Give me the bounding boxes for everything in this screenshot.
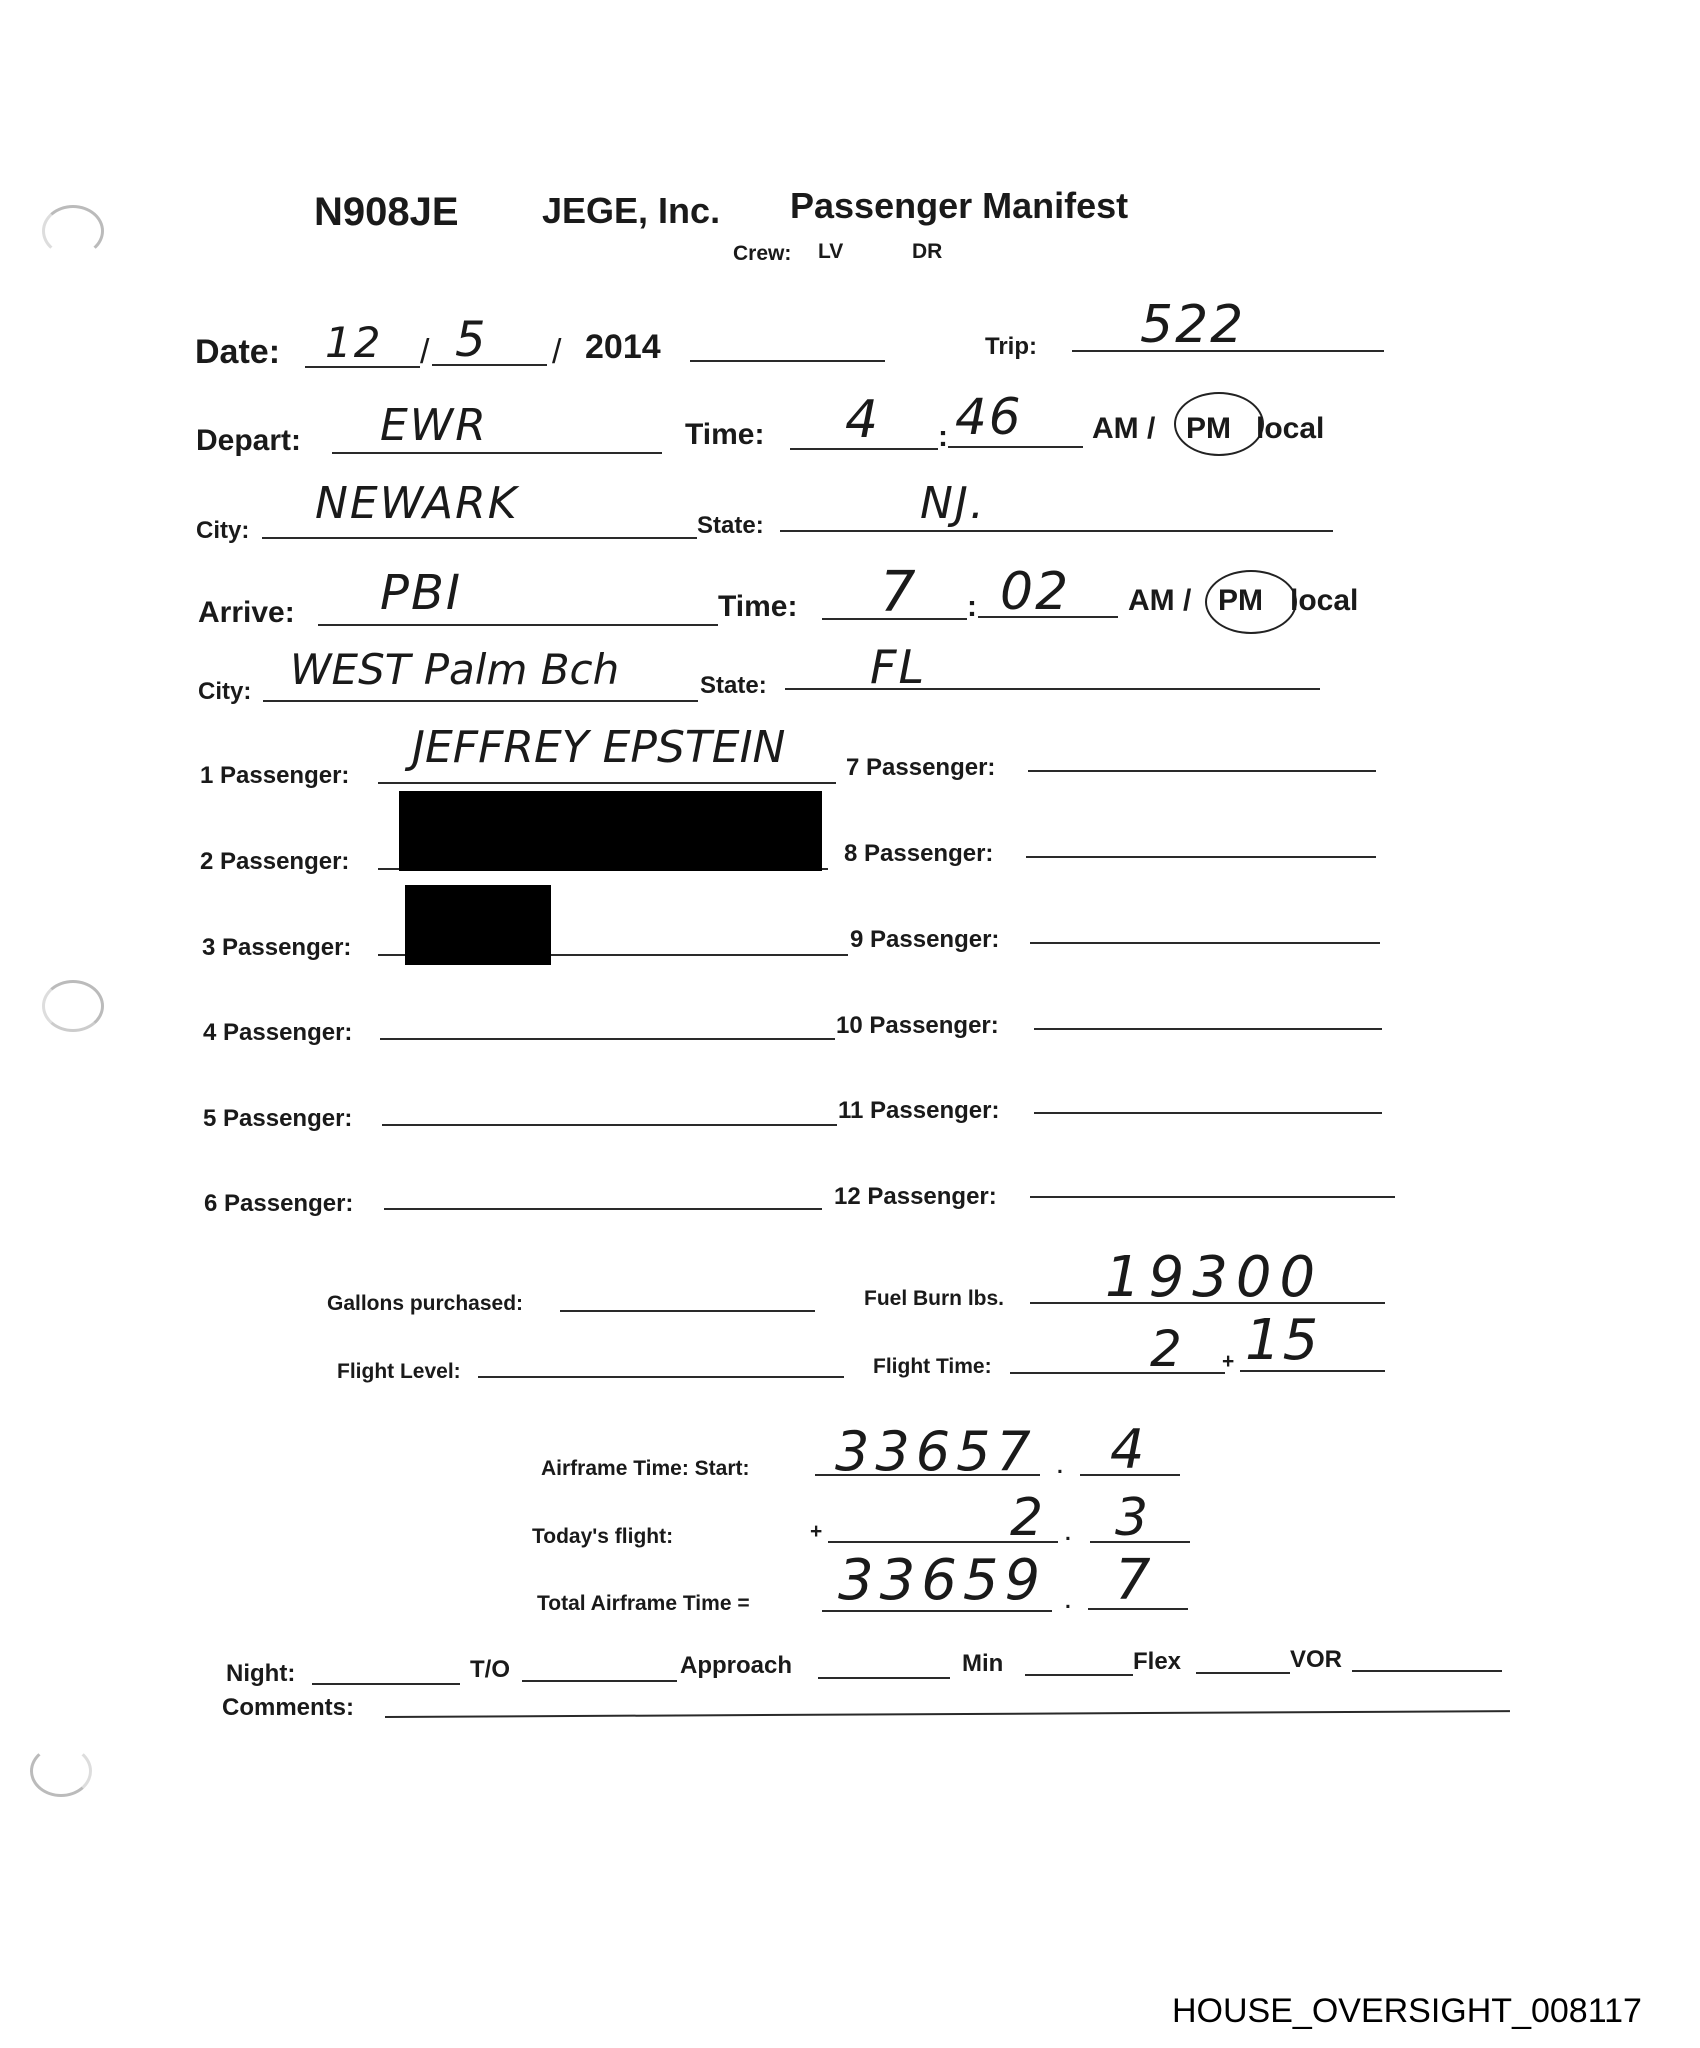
- depart-city-label: City:: [196, 517, 249, 545]
- passenger-8-line: [1026, 856, 1376, 858]
- comments-line: [385, 1710, 1510, 1718]
- depart-time-label: Time:: [685, 418, 764, 452]
- depart-am: AM /: [1092, 412, 1155, 446]
- passenger-10-label: 10 Passenger:: [836, 1012, 999, 1040]
- passenger-1-label: 1 Passenger:: [200, 762, 349, 790]
- date-year: 2014: [585, 328, 661, 367]
- airframe-start-whole[interactable]: 33657: [835, 1420, 1037, 1483]
- fuel-burn-label: Fuel Burn lbs.: [864, 1287, 1004, 1311]
- depart-city-line: [262, 537, 697, 539]
- arrive-state-line: [785, 688, 1320, 690]
- airframe-start-label: Airframe Time: Start:: [541, 1457, 750, 1481]
- depart-value[interactable]: EWR: [380, 400, 488, 451]
- arrive-hour[interactable]: 7: [880, 560, 918, 625]
- flight-time-minutes[interactable]: 15: [1245, 1308, 1320, 1373]
- arrive-city[interactable]: WEST Palm Bch: [290, 645, 619, 694]
- arrive-pm-circle: [1205, 570, 1297, 634]
- hole-punch-bottom: [30, 1745, 92, 1797]
- date-month-value[interactable]: 12: [325, 318, 382, 367]
- passenger-1-value[interactable]: JEFFREY EPSTEIN: [412, 722, 785, 773]
- flight-time-hours-line: [1010, 1372, 1225, 1374]
- vor-label: VOR: [1290, 1646, 1342, 1674]
- tail-number: N908JE: [314, 190, 459, 235]
- date-label: Date:: [195, 333, 280, 372]
- airframe-start-dot: .: [1057, 1455, 1063, 1479]
- airframe-start-decimal[interactable]: 4: [1110, 1418, 1146, 1481]
- arrive-time-colon: :: [967, 590, 977, 624]
- arrive-am: AM /: [1128, 584, 1191, 618]
- passenger-9-label: 9 Passenger:: [850, 926, 999, 954]
- passenger-12-label: 12 Passenger:: [834, 1183, 997, 1211]
- trip-value[interactable]: 522: [1140, 295, 1245, 355]
- passenger-4-label: 4 Passenger:: [203, 1019, 352, 1047]
- total-airframe-decimal[interactable]: 7: [1115, 1548, 1153, 1613]
- arrive-time-label: Time:: [718, 590, 797, 624]
- depart-time-colon: :: [938, 420, 948, 454]
- passenger-6-label: 6 Passenger:: [204, 1190, 353, 1218]
- passenger-12-line: [1030, 1196, 1395, 1198]
- total-airframe-whole[interactable]: 33659: [838, 1548, 1046, 1613]
- passenger-3-label: 3 Passenger:: [202, 934, 351, 962]
- flex-line: [1196, 1672, 1290, 1674]
- today-flight-decimal[interactable]: 3: [1115, 1488, 1150, 1548]
- approach-line: [818, 1677, 950, 1679]
- passenger-6-line: [384, 1208, 822, 1210]
- min-line: [1025, 1674, 1133, 1676]
- fuel-burn-value[interactable]: 19300: [1105, 1245, 1323, 1310]
- depart-local: local: [1256, 412, 1324, 446]
- night-line: [312, 1683, 460, 1685]
- takeoff-line: [522, 1680, 677, 1682]
- passenger-5-label: 5 Passenger:: [203, 1105, 352, 1133]
- depart-line: [332, 452, 662, 454]
- depart-state-line: [780, 530, 1333, 532]
- flex-label: Flex: [1133, 1648, 1181, 1676]
- passenger-5-line: [382, 1124, 837, 1126]
- depart-hour[interactable]: 4: [845, 390, 880, 450]
- date-sep-2: /: [552, 333, 561, 372]
- passenger-2-redaction: [399, 791, 822, 871]
- flight-level-label: Flight Level:: [337, 1360, 461, 1384]
- passenger-11-line: [1034, 1112, 1382, 1114]
- date-year-line: [690, 360, 885, 362]
- hole-punch-top: [42, 205, 104, 257]
- today-flight-plus: +: [810, 1520, 822, 1544]
- flight-time-hours[interactable]: 2: [1150, 1320, 1184, 1378]
- today-flight-label: Today's flight:: [532, 1525, 673, 1549]
- arrive-minute[interactable]: 02: [1000, 562, 1070, 622]
- passenger-1-line: [378, 782, 836, 784]
- arrive-line: [318, 624, 718, 626]
- approach-label: Approach: [680, 1652, 792, 1680]
- arrive-city-label: City:: [198, 678, 251, 706]
- gallons-label: Gallons purchased:: [327, 1292, 523, 1316]
- depart-label: Depart:: [196, 424, 301, 458]
- passenger-7-label: 7 Passenger:: [846, 754, 995, 782]
- company-name: JEGE, Inc.: [542, 190, 720, 232]
- trip-label: Trip:: [985, 333, 1037, 361]
- depart-pm-circle: [1174, 392, 1264, 456]
- arrive-state-label: State:: [700, 672, 767, 700]
- arrive-local: local: [1290, 584, 1358, 618]
- passenger-11-label: 11 Passenger:: [838, 1097, 999, 1125]
- passenger-10-line: [1034, 1028, 1382, 1030]
- hole-punch-middle: [42, 980, 104, 1032]
- crew-member-1: LV: [818, 240, 843, 264]
- flight-time-label: Flight Time:: [873, 1355, 992, 1379]
- comments-label: Comments:: [222, 1694, 354, 1722]
- date-day-line: [432, 364, 547, 366]
- takeoff-label: T/O: [470, 1656, 510, 1684]
- crew-label: Crew:: [733, 242, 791, 266]
- depart-minute[interactable]: 46: [955, 388, 1023, 446]
- depart-minute-line: [948, 446, 1083, 448]
- bates-number: HOUSE_OVERSIGHT_008117: [1172, 1992, 1642, 2031]
- depart-city[interactable]: NEWARK: [315, 478, 519, 529]
- passenger-7-line: [1028, 770, 1376, 772]
- date-day-value[interactable]: 5: [455, 312, 488, 368]
- form-title: Passenger Manifest: [790, 185, 1128, 227]
- today-flight-whole[interactable]: 2: [1010, 1488, 1045, 1548]
- today-flight-dot: .: [1065, 1522, 1071, 1546]
- arrive-city-line: [263, 700, 698, 702]
- min-label: Min: [962, 1650, 1003, 1678]
- gallons-line: [560, 1310, 815, 1312]
- date-sep-1: /: [420, 333, 429, 372]
- depart-state-label: State:: [697, 512, 764, 540]
- total-airframe-dot: .: [1065, 1590, 1071, 1614]
- arrive-state[interactable]: FL: [870, 640, 926, 694]
- depart-state[interactable]: NJ.: [920, 478, 986, 529]
- night-label: Night:: [226, 1660, 295, 1688]
- passenger-2-label: 2 Passenger:: [200, 848, 349, 876]
- flight-level-line: [478, 1376, 844, 1378]
- passenger-4-line: [380, 1038, 835, 1040]
- total-airframe-label: Total Airframe Time =: [537, 1592, 750, 1616]
- arrive-value[interactable]: PBI: [380, 565, 462, 621]
- vor-line: [1352, 1670, 1502, 1672]
- passenger-8-label: 8 Passenger:: [844, 840, 993, 868]
- passenger-3-redaction: [405, 885, 551, 965]
- arrive-label: Arrive:: [198, 596, 295, 630]
- crew-member-2: DR: [912, 240, 942, 264]
- flight-time-sep: +: [1222, 1350, 1234, 1374]
- passenger-9-line: [1030, 942, 1380, 944]
